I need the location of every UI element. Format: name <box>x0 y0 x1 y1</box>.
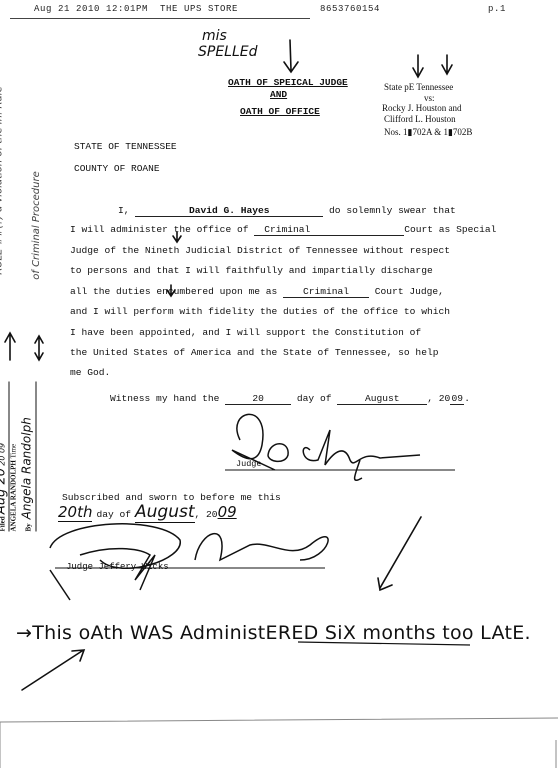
subscribed-day: 20th <box>58 503 92 522</box>
witness-year-field: 09 <box>450 393 464 405</box>
filed-clerk: ANGELA RANDOLPH <box>10 460 18 531</box>
oath-line-3: Judge of the Nineth Judicial District of… <box>70 245 450 256</box>
witness-line: Witness my hand the 20 day of August, 20… <box>110 393 470 405</box>
caption-state: State pE Tennessee <box>384 81 453 93</box>
filed-stamp-row3: By Angela Randolph <box>18 382 37 532</box>
subscribed-year-prefix: , 20 <box>195 509 218 520</box>
witness-year-prefix: , 20 <box>427 393 450 404</box>
bottom-note-emphasis: SiX months too LAtE <box>325 622 525 644</box>
witness-end: . <box>464 393 470 404</box>
court-type-field-1: Criminal <box>254 224 404 236</box>
oath-line-7: I have been appointed, and I will suppor… <box>70 327 421 338</box>
filed-by-label: By <box>25 523 33 531</box>
oath-line-8: the United States of America and the Sta… <box>70 347 438 358</box>
bottom-handwritten-note: →This oAth WAS AdministERED SiX months t… <box>16 622 531 644</box>
filed-stamp-row1: Filed Aug 20 20 09 <box>0 382 10 532</box>
margin-note-line1: RULE ##(?)-a violation of the In. Rule <box>0 86 5 274</box>
subscribed-month: August <box>135 502 195 523</box>
filed-year: 20 09 <box>0 443 7 466</box>
caption-defendant-2: Clifford L. Houston <box>384 113 456 125</box>
oath-line-2: I will administer the office of Criminal… <box>70 224 496 236</box>
oath-line-2-prefix: I will administer the office of <box>70 224 248 235</box>
filed-date: Aug 20 <box>0 468 9 514</box>
oath-line-5-suffix: Court Judge, <box>375 286 444 297</box>
court-type-field-2: Criminal <box>283 286 369 298</box>
filed-time-label: Time <box>10 444 18 459</box>
title-line1: OATH OF SPEICAL JUDGE <box>228 77 348 88</box>
oath-line-9: me God. <box>70 367 110 378</box>
caption-case-numbers: Nos. 1▮702A & 1▮702B <box>384 126 472 138</box>
filed-label: Filed <box>0 516 7 531</box>
judge-name-field: David G. Hayes <box>135 205 323 217</box>
subscribing-judge-name: Judge Jeffery Wicks <box>66 562 169 572</box>
bottom-note-prefix: →This oAth WAS AdministERED <box>16 622 325 644</box>
witness-prefix: Witness my hand the <box>110 393 219 404</box>
witness-day-field: 20 <box>225 393 291 405</box>
oath-line-2-suffix: Court as Special <box>404 224 496 235</box>
title-line2: AND <box>270 89 287 100</box>
subscribed-day-of: day of <box>96 509 131 520</box>
title-line3: OATH OF OFFICE <box>240 106 320 117</box>
bottom-note-suffix: . <box>525 622 531 644</box>
oath-line-5: all the duties encumbered upon me as Cri… <box>70 286 444 298</box>
oath-i-prefix: I, <box>118 205 130 216</box>
filed-stamp-row2: ANGELA RANDOLPH Time <box>10 382 18 532</box>
oath-swear-text: do solemnly swear that <box>329 205 456 216</box>
filed-stamp: Filed Aug 20 20 09 ANGELA RANDOLPH Time … <box>0 382 37 532</box>
oath-line-6: and I will perform with fidelity the dut… <box>70 306 450 317</box>
witness-month-field: August <box>337 393 427 405</box>
subscribed-date-line: 20th day of August, 2009 <box>58 502 237 522</box>
oath-line-1: I, David G. Hayes do solemnly swear that <box>118 205 456 217</box>
judge-signature-label: Judge <box>236 459 262 469</box>
subscribed-year: 09 <box>218 503 237 521</box>
venue-state: STATE OF TENNESSEE <box>74 141 177 152</box>
oath-line-5-prefix: all the duties encumbered upon me as <box>70 286 277 297</box>
filed-by-name: Angela Randolph <box>20 417 34 519</box>
venue-county: COUNTY OF ROANE <box>74 163 160 174</box>
margin-note-line2: of Criminal Procedure <box>31 171 42 280</box>
witness-day-of: day of <box>297 393 332 404</box>
oath-line-4: to persons and that I will faithfully an… <box>70 265 433 276</box>
